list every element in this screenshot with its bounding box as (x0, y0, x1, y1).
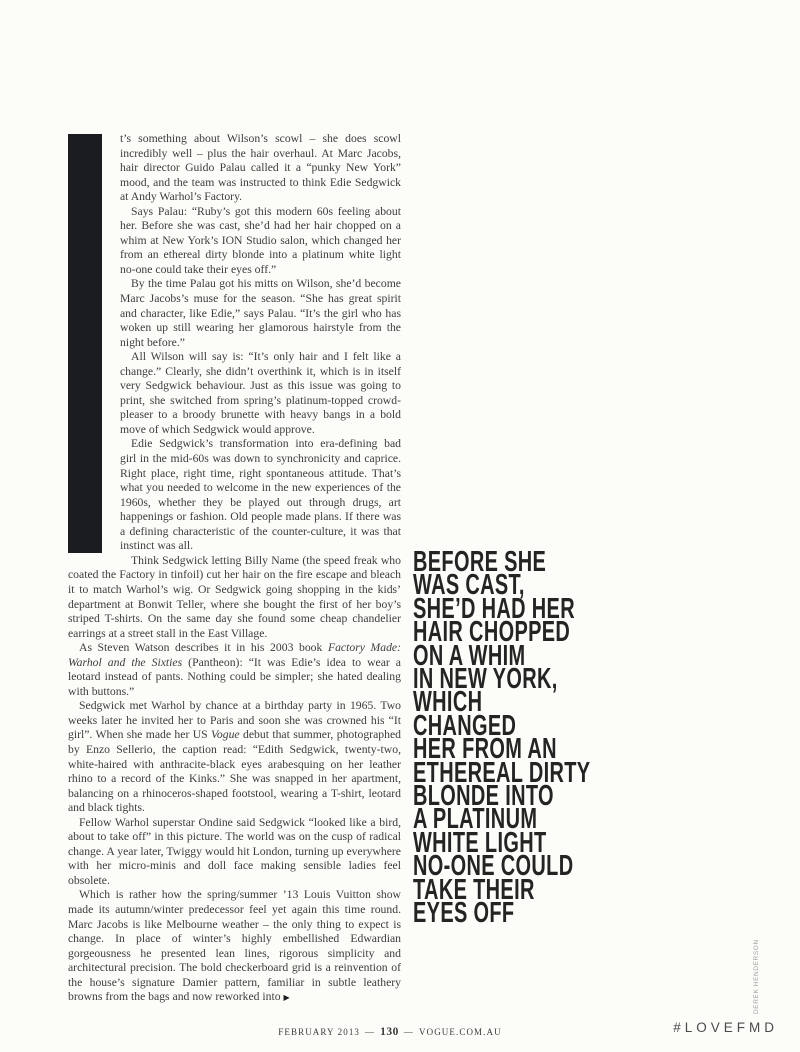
drop-cap-bar (68, 134, 102, 553)
body-paragraph: Think Sedgwick letting Billy Name (the s… (68, 554, 401, 641)
footer-separator: — (365, 1027, 375, 1037)
body-paragraph: Sedgwick met Warhol by chance at a birth… (68, 699, 401, 815)
footer-issue-date: FEBRUARY 2013 (278, 1027, 360, 1037)
watermark-lovefmd: #LOVEFMD (673, 1020, 778, 1035)
continuation-arrow-icon: ▶ (284, 993, 290, 1002)
pull-quote: BEFORE SHEWAS CAST,SHE’D HAD HERHAIR CHO… (413, 551, 623, 926)
page-footer: FEBRUARY 2013—130—VOGUE.COM.AU (0, 1026, 780, 1038)
article-text: t’s something about Wilson’s scowl – she… (68, 132, 401, 1006)
body-paragraph: Edie Sedgwick’s transformation into era-… (68, 437, 401, 553)
body-paragraph: Fellow Warhol superstar Ondine said Sedg… (68, 816, 401, 889)
photographer-credit: DEREK HENDERSON (753, 939, 760, 1014)
body-paragraph: As Steven Watson describes it in his 200… (68, 641, 401, 699)
magazine-page: t’s something about Wilson’s scowl – she… (0, 0, 800, 1052)
footer-separator: — (404, 1027, 414, 1037)
body-paragraph: Which is rather how the spring/summer ’1… (68, 888, 401, 1005)
page-number: 130 (380, 1026, 399, 1038)
body-paragraph: All Wilson will say is: “It’s only hair … (68, 350, 401, 437)
body-paragraph: t’s something about Wilson’s scowl – she… (68, 132, 401, 205)
body-paragraph: Says Palau: “Ruby’s got this modern 60s … (68, 205, 401, 278)
footer-website: VOGUE.COM.AU (419, 1027, 502, 1037)
body-paragraph: By the time Palau got his mitts on Wilso… (68, 277, 401, 350)
